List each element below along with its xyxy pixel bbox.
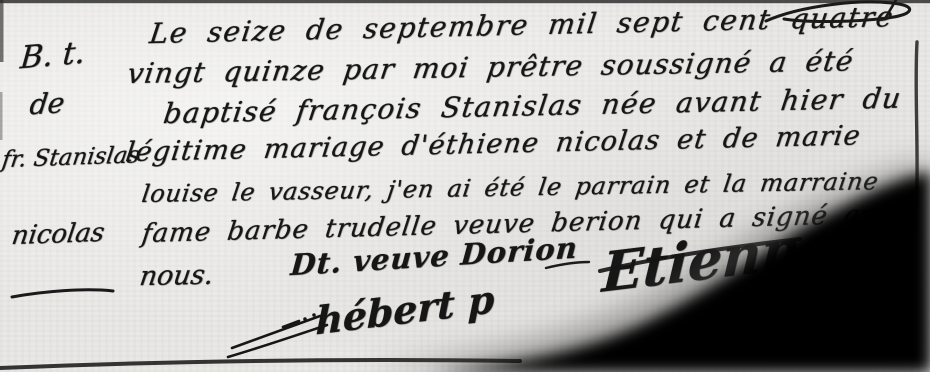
margin-note-child-name: fr. Stanislas [0, 142, 141, 173]
paper-sheet: B. t. de fr. Stanislas nicolas Le seize … [0, 0, 930, 372]
margin-dash [12, 290, 113, 297]
left-edge-shadow-2 [0, 92, 3, 140]
margin-note-baptism-abbrev: B. t. [19, 34, 87, 76]
bottom-edge-line [0, 360, 520, 368]
signature-hebert: hébert p [315, 276, 494, 343]
left-edge-shadow [0, 0, 4, 62]
fold-line [915, 42, 917, 232]
hebert-flourish [228, 313, 327, 357]
body-line-7: nous. [138, 260, 216, 292]
margin-note-surname: nicolas [10, 218, 107, 251]
margin-note-de: de [28, 86, 67, 121]
body-line-2: vingt quinze par moi prêtre soussigné a … [125, 44, 856, 90]
body-line-1: Le seize de septembre mil sept cent quat… [148, 0, 897, 50]
